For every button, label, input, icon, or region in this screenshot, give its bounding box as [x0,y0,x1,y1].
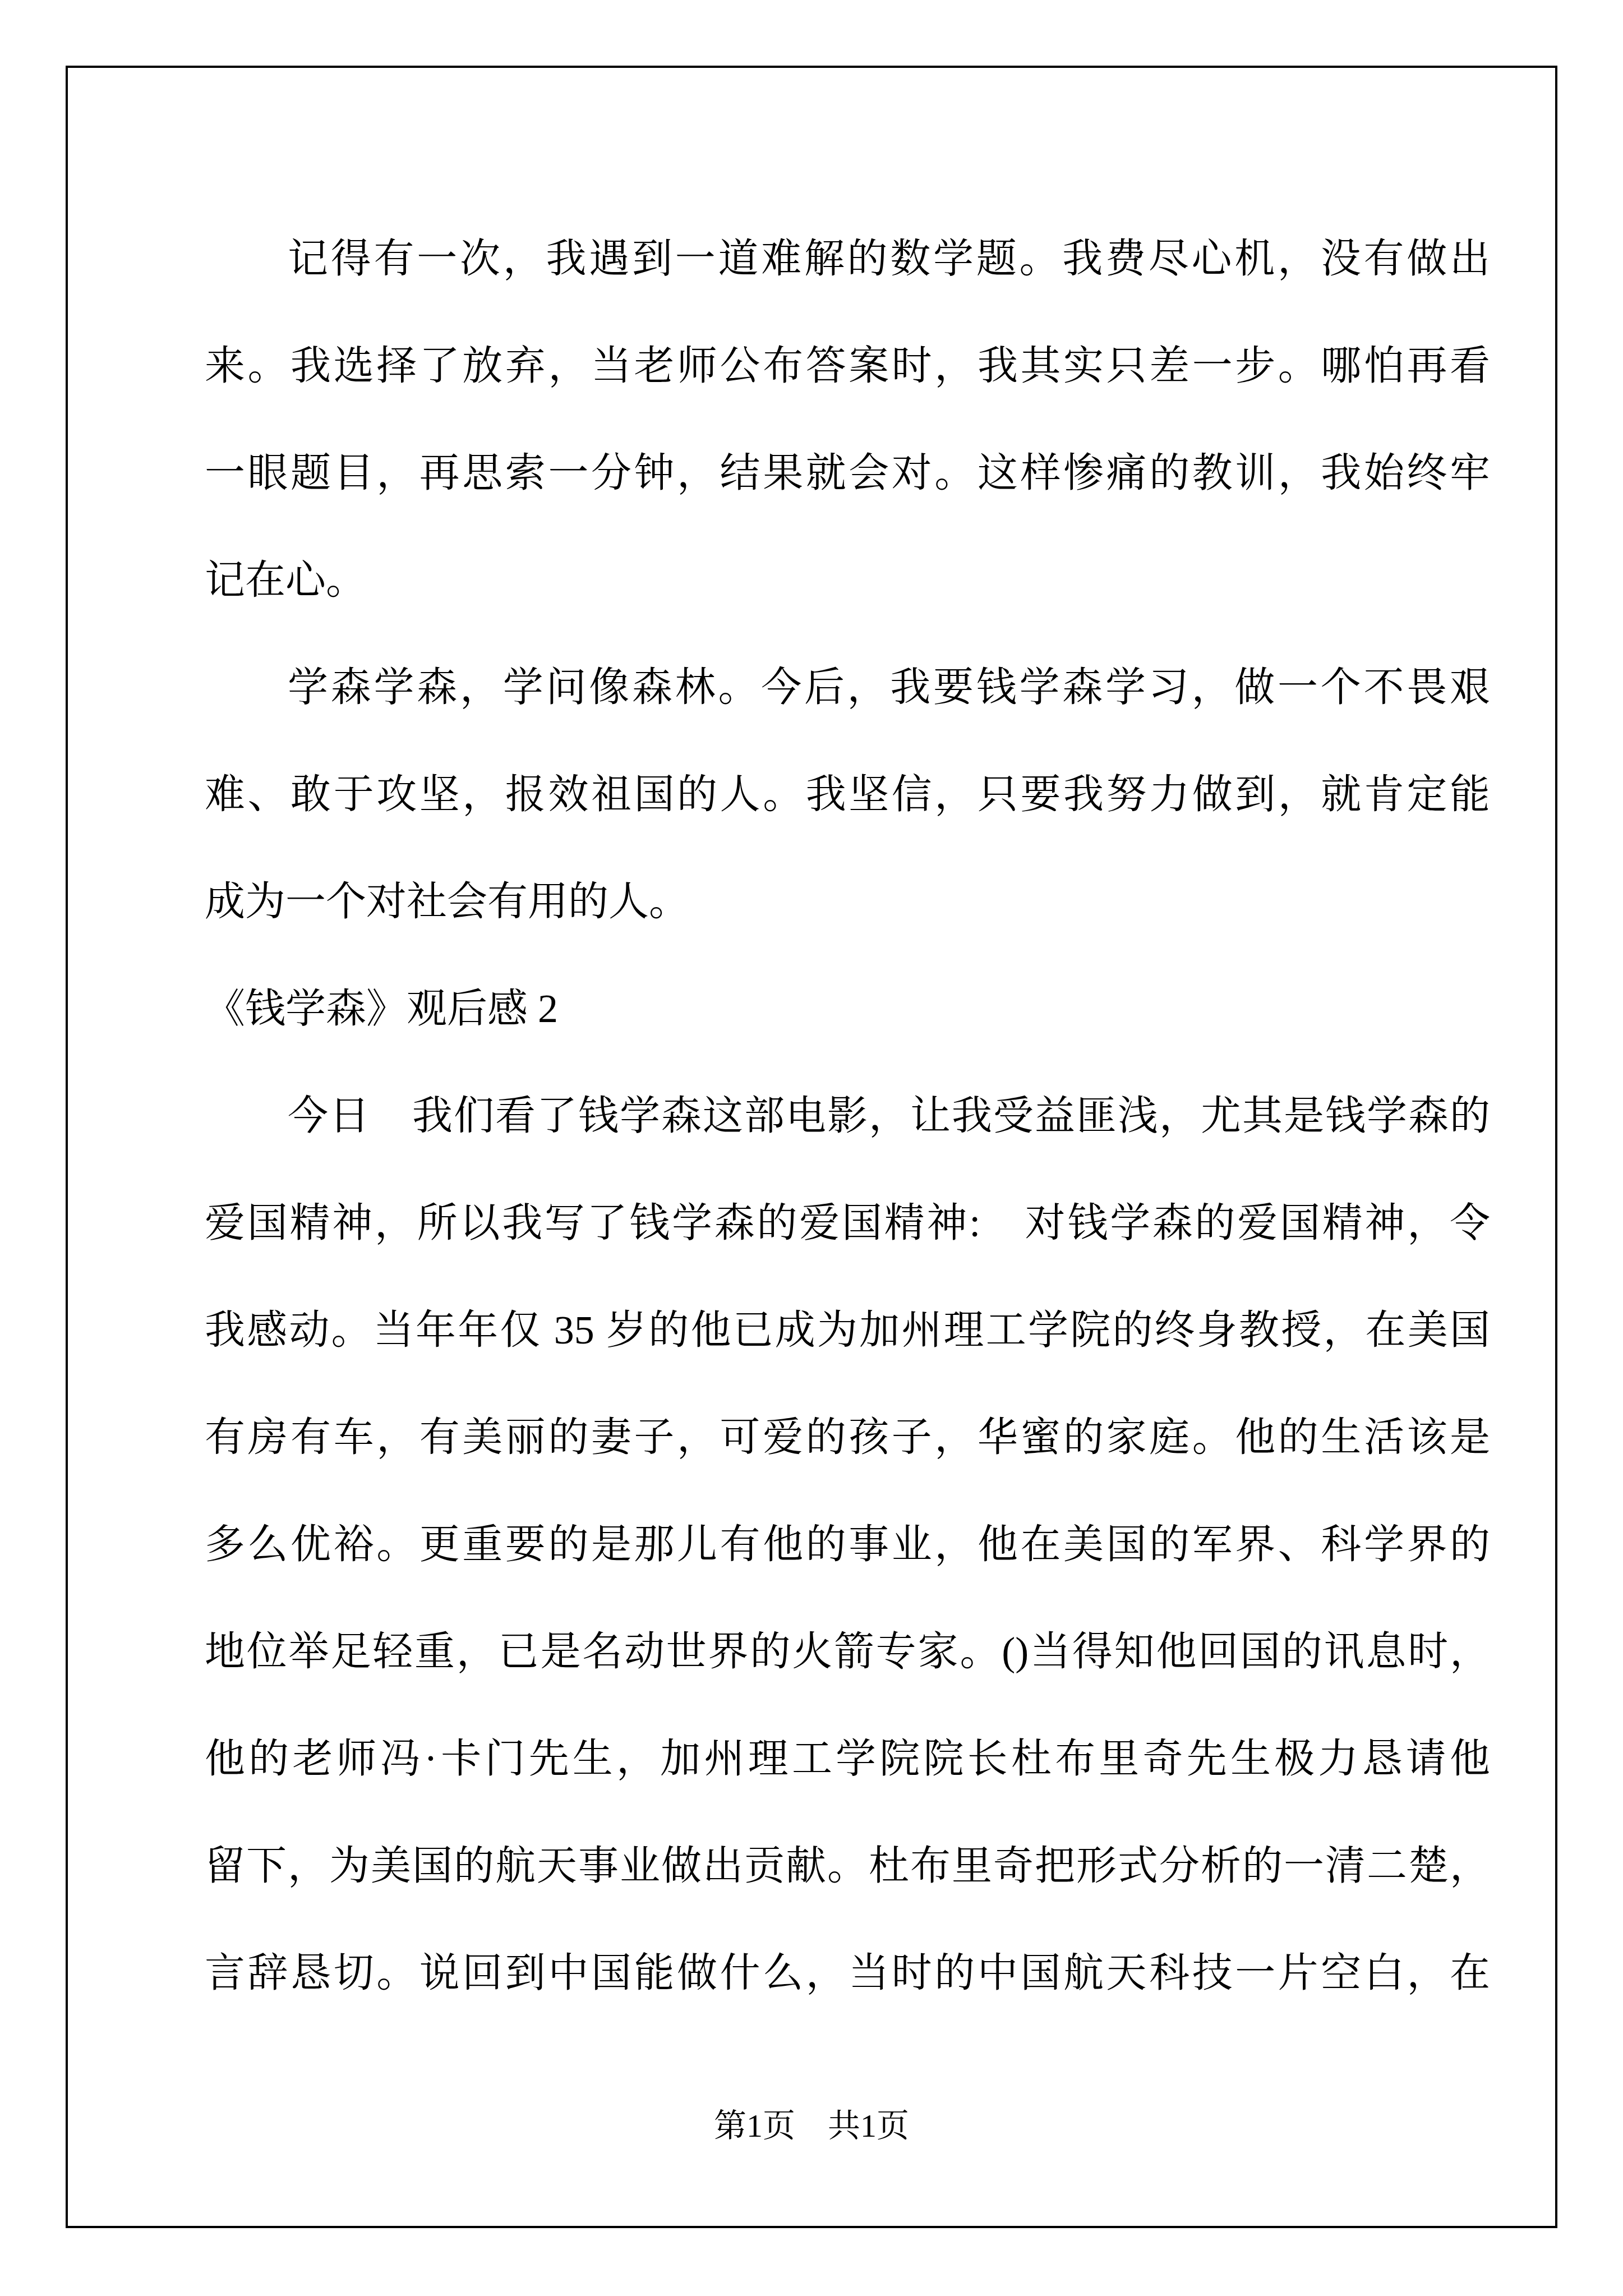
text-line: 记在心。 [205,527,1490,634]
text-line: 留下，为美国的航天事业做出贡献。杜布里奇把形式分析的一清二楚， [205,1812,1490,1920]
text-line: 他的老师冯·卡门先生，加州理工学院院长杜布里奇先生极力恳请他 [205,1705,1490,1812]
text-line: 爱国精神，所以我写了钱学森的爱国精神: 对钱学森的爱国精神，令 [205,1170,1490,1277]
text-line: 有房有车，有美丽的妻子，可爱的孩子，华蜜的家庭。他的生活该是 [205,1384,1490,1491]
section-heading: 《钱学森》观后感 2 [205,955,1490,1062]
text-line: 一眼题目，再思索一分钟，结果就会对。这样惨痛的教训，我始终牢 [205,420,1490,527]
page-number: 第1页 共1页 [0,2098,1623,2154]
text-line: 言辞恳切。说回到中国能做什么，当时的中国航天科技一片空白，在 [205,1920,1490,2027]
text-line: 多么优裕。更重要的是那儿有他的事业，他在美国的军界、科学界的 [205,1491,1490,1598]
text-line: 成为一个对社会有用的人。 [205,848,1490,955]
text-line: 记得有一次，我遇到一道难解的数学题。我费尽心机，没有做出 [205,205,1490,312]
text-line: 难、敢于攻坚，报效祖国的人。我坚信，只要我努力做到，就肯定能 [205,741,1490,848]
text-line: 学森学森，学问像森林。今后，我要钱学森学习，做一个不畏艰 [205,634,1490,741]
document-page: 记得有一次，我遇到一道难解的数学题。我费尽心机，没有做出 来。我选择了放弃，当老… [0,0,1623,2296]
text-line: 今日 我们看了钱学森这部电影，让我受益匪浅，尤其是钱学森的 [205,1062,1490,1170]
text-line: 地位举足轻重，已是名动世界的火箭专家。()当得知他回国的讯息时， [205,1598,1490,1705]
document-body: 记得有一次，我遇到一道难解的数学题。我费尽心机，没有做出 来。我选择了放弃，当老… [205,205,1490,2027]
text-line: 来。我选择了放弃，当老师公布答案时，我其实只差一步。哪怕再看 [205,312,1490,420]
text-line: 我感动。当年年仅 35 岁的他已成为加州理工学院的终身教授，在美国 [205,1277,1490,1384]
